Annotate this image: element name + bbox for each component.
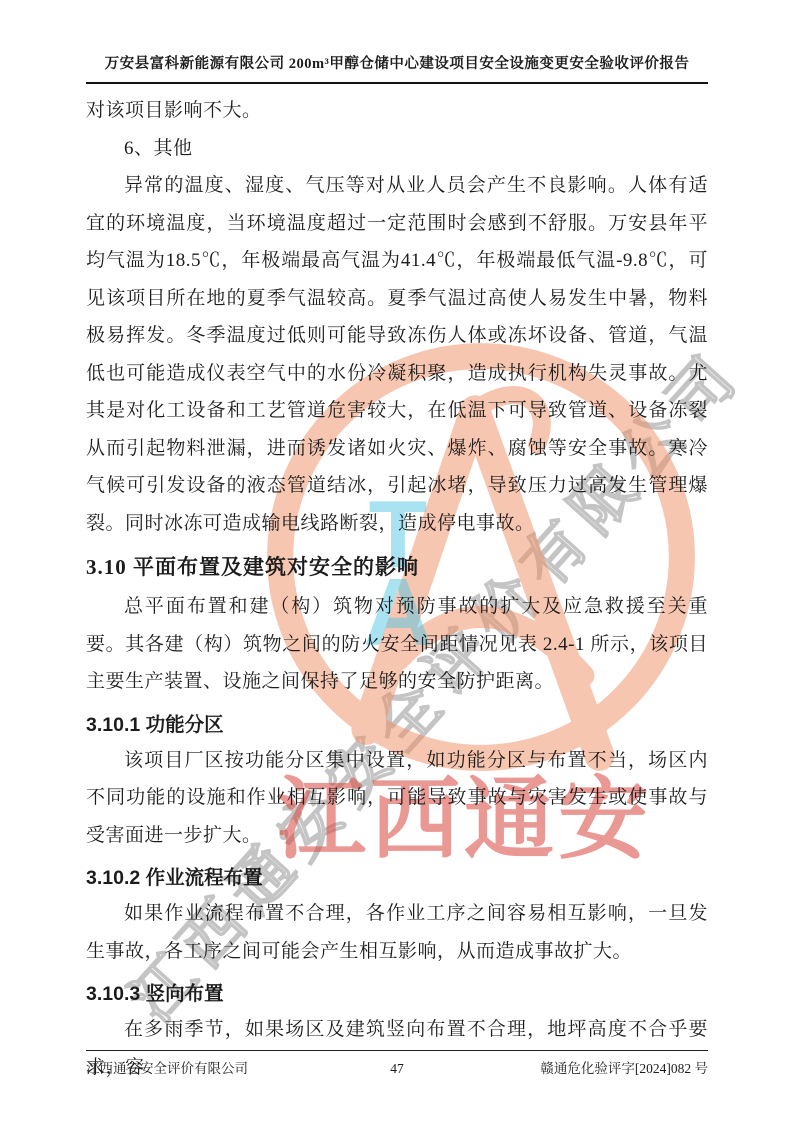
paragraph-item-6: 6、其他 (86, 130, 708, 168)
header-rule (86, 82, 708, 84)
paragraph-function-zones: 该项目厂区按功能分区集中设置，如功能分区与布置不当，场区内不同功能的设施和作业相… (86, 742, 708, 855)
document-page: 江西通安安全评价有限公司 T A 江西通安 万安县富科新能源有限公司 200m³… (0, 0, 794, 1123)
footer-doc-number: 赣通危化验评字[2024]082 号 (404, 1057, 708, 1077)
footer-rule (86, 1050, 708, 1051)
page-header-title: 万安县富科新能源有限公司 200m³甲醇仓储中心建设项目安全设施变更安全验收评价… (86, 52, 708, 73)
paragraph-continuation: 对该项目影响不大。 (86, 92, 708, 130)
paragraph-layout-overview: 总平面布置和建（构）筑物对预防事故的扩大及应急救援至关重要。其各建（构）筑物之间… (86, 588, 708, 701)
footer-page-number: 47 (390, 1061, 404, 1077)
section-heading-3-10-3: 3.10.3 竖向布置 (86, 978, 708, 1006)
section-heading-3-10: 3.10 平面布置及建筑对安全的影响 (86, 551, 708, 581)
page-footer: 江西通安安全评价有限公司 47 赣通危化验评字[2024]082 号 (86, 1057, 708, 1077)
section-heading-3-10-2: 3.10.2 作业流程布置 (86, 862, 708, 890)
footer-company: 江西通安安全评价有限公司 (86, 1057, 390, 1077)
paragraph-climate: 异常的温度、湿度、气压等对从业人员会产生不良影响。人体有适宜的环境温度，当环境温… (86, 167, 708, 542)
paragraph-process-layout: 如果作业流程布置不合理，各作业工序之间容易相互影响，一旦发生事故，各工序之间可能… (86, 895, 708, 970)
section-heading-3-10-1: 3.10.1 功能分区 (86, 709, 708, 737)
body-text-area: 对该项目影响不大。 6、其他 异常的温度、湿度、气压等对从业人员会产生不良影响。… (86, 92, 708, 1086)
